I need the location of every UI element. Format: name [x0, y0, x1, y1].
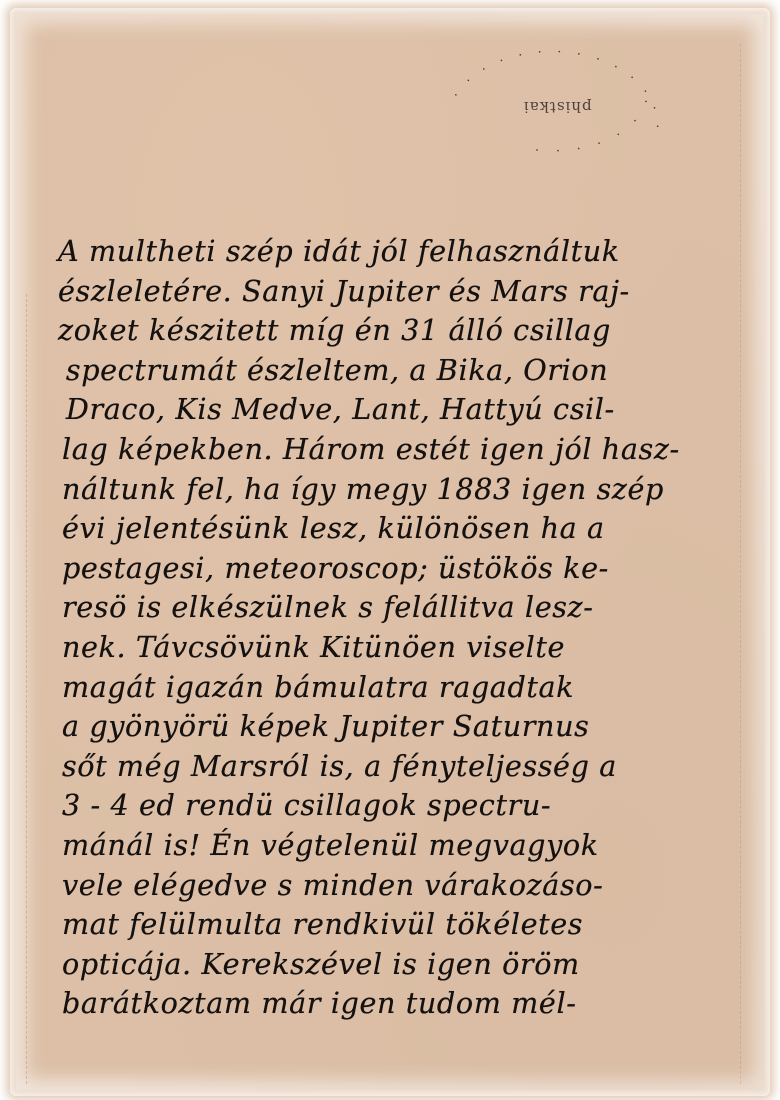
text-line-10: resö is elkészülnek s felállitva lesz- [58, 588, 730, 628]
text-line-6: lag képekben. Három estét igen jól hasz- [58, 430, 730, 470]
right-fold-line [740, 44, 742, 1084]
text-line-16: mánál is! Én végtelenül megvagyok [58, 826, 730, 866]
text-line-18: mat felülmulta rendkivül tökéletes [58, 905, 730, 945]
text-line-17: vele elégedve s minden várakozáso- [58, 866, 730, 906]
left-fold-line [26, 294, 28, 1084]
text-line-12: magát igazán bámulatra ragadtak [58, 668, 730, 708]
text-line-8: évi jelentésünk lesz, különösen ha a [58, 509, 730, 549]
text-line-5: Draco, Kis Medve, Lant, Hattyú csil- [58, 390, 730, 430]
handwritten-text: A multheti szép idát jól felhasználtuk é… [58, 232, 738, 1024]
text-line-3: zoket készitett míg én 31 álló csillag [58, 311, 730, 351]
text-line-9: pestagesi, meteoroscop; üstökös ke- [58, 549, 730, 589]
text-line-15: 3 - 4 ed rendü csillagok spectru- [58, 786, 730, 826]
text-line-11: nek. Távcsövünk Kitünöen viselte [58, 628, 730, 668]
text-line-7: náltunk fel, ha így megy 1883 igen szép [58, 470, 730, 510]
text-line-1: A multheti szép idát jól felhasználtuk [58, 232, 730, 272]
text-line-13: a gyönyörü képek Jupiter Saturnus [58, 707, 730, 747]
text-line-2: észleletére. Sanyi Jupiter és Mars raj- [58, 272, 730, 312]
text-line-4: spectrumát észleltem, a Bika, Orion [58, 351, 730, 391]
stamp-center: phistkai [432, 98, 682, 116]
stamp-center-text: phistkai [523, 98, 592, 116]
text-line-14: sőt még Marsról is, a fényteljesség a [58, 747, 730, 787]
text-line-20: barátkoztam már igen tudom mél- [58, 984, 730, 1024]
text-line-19: opticája. Kerekszével is igen öröm [58, 945, 730, 985]
library-stamp: · · · · · · · · · · · · · · · · · · · · … [432, 38, 682, 168]
